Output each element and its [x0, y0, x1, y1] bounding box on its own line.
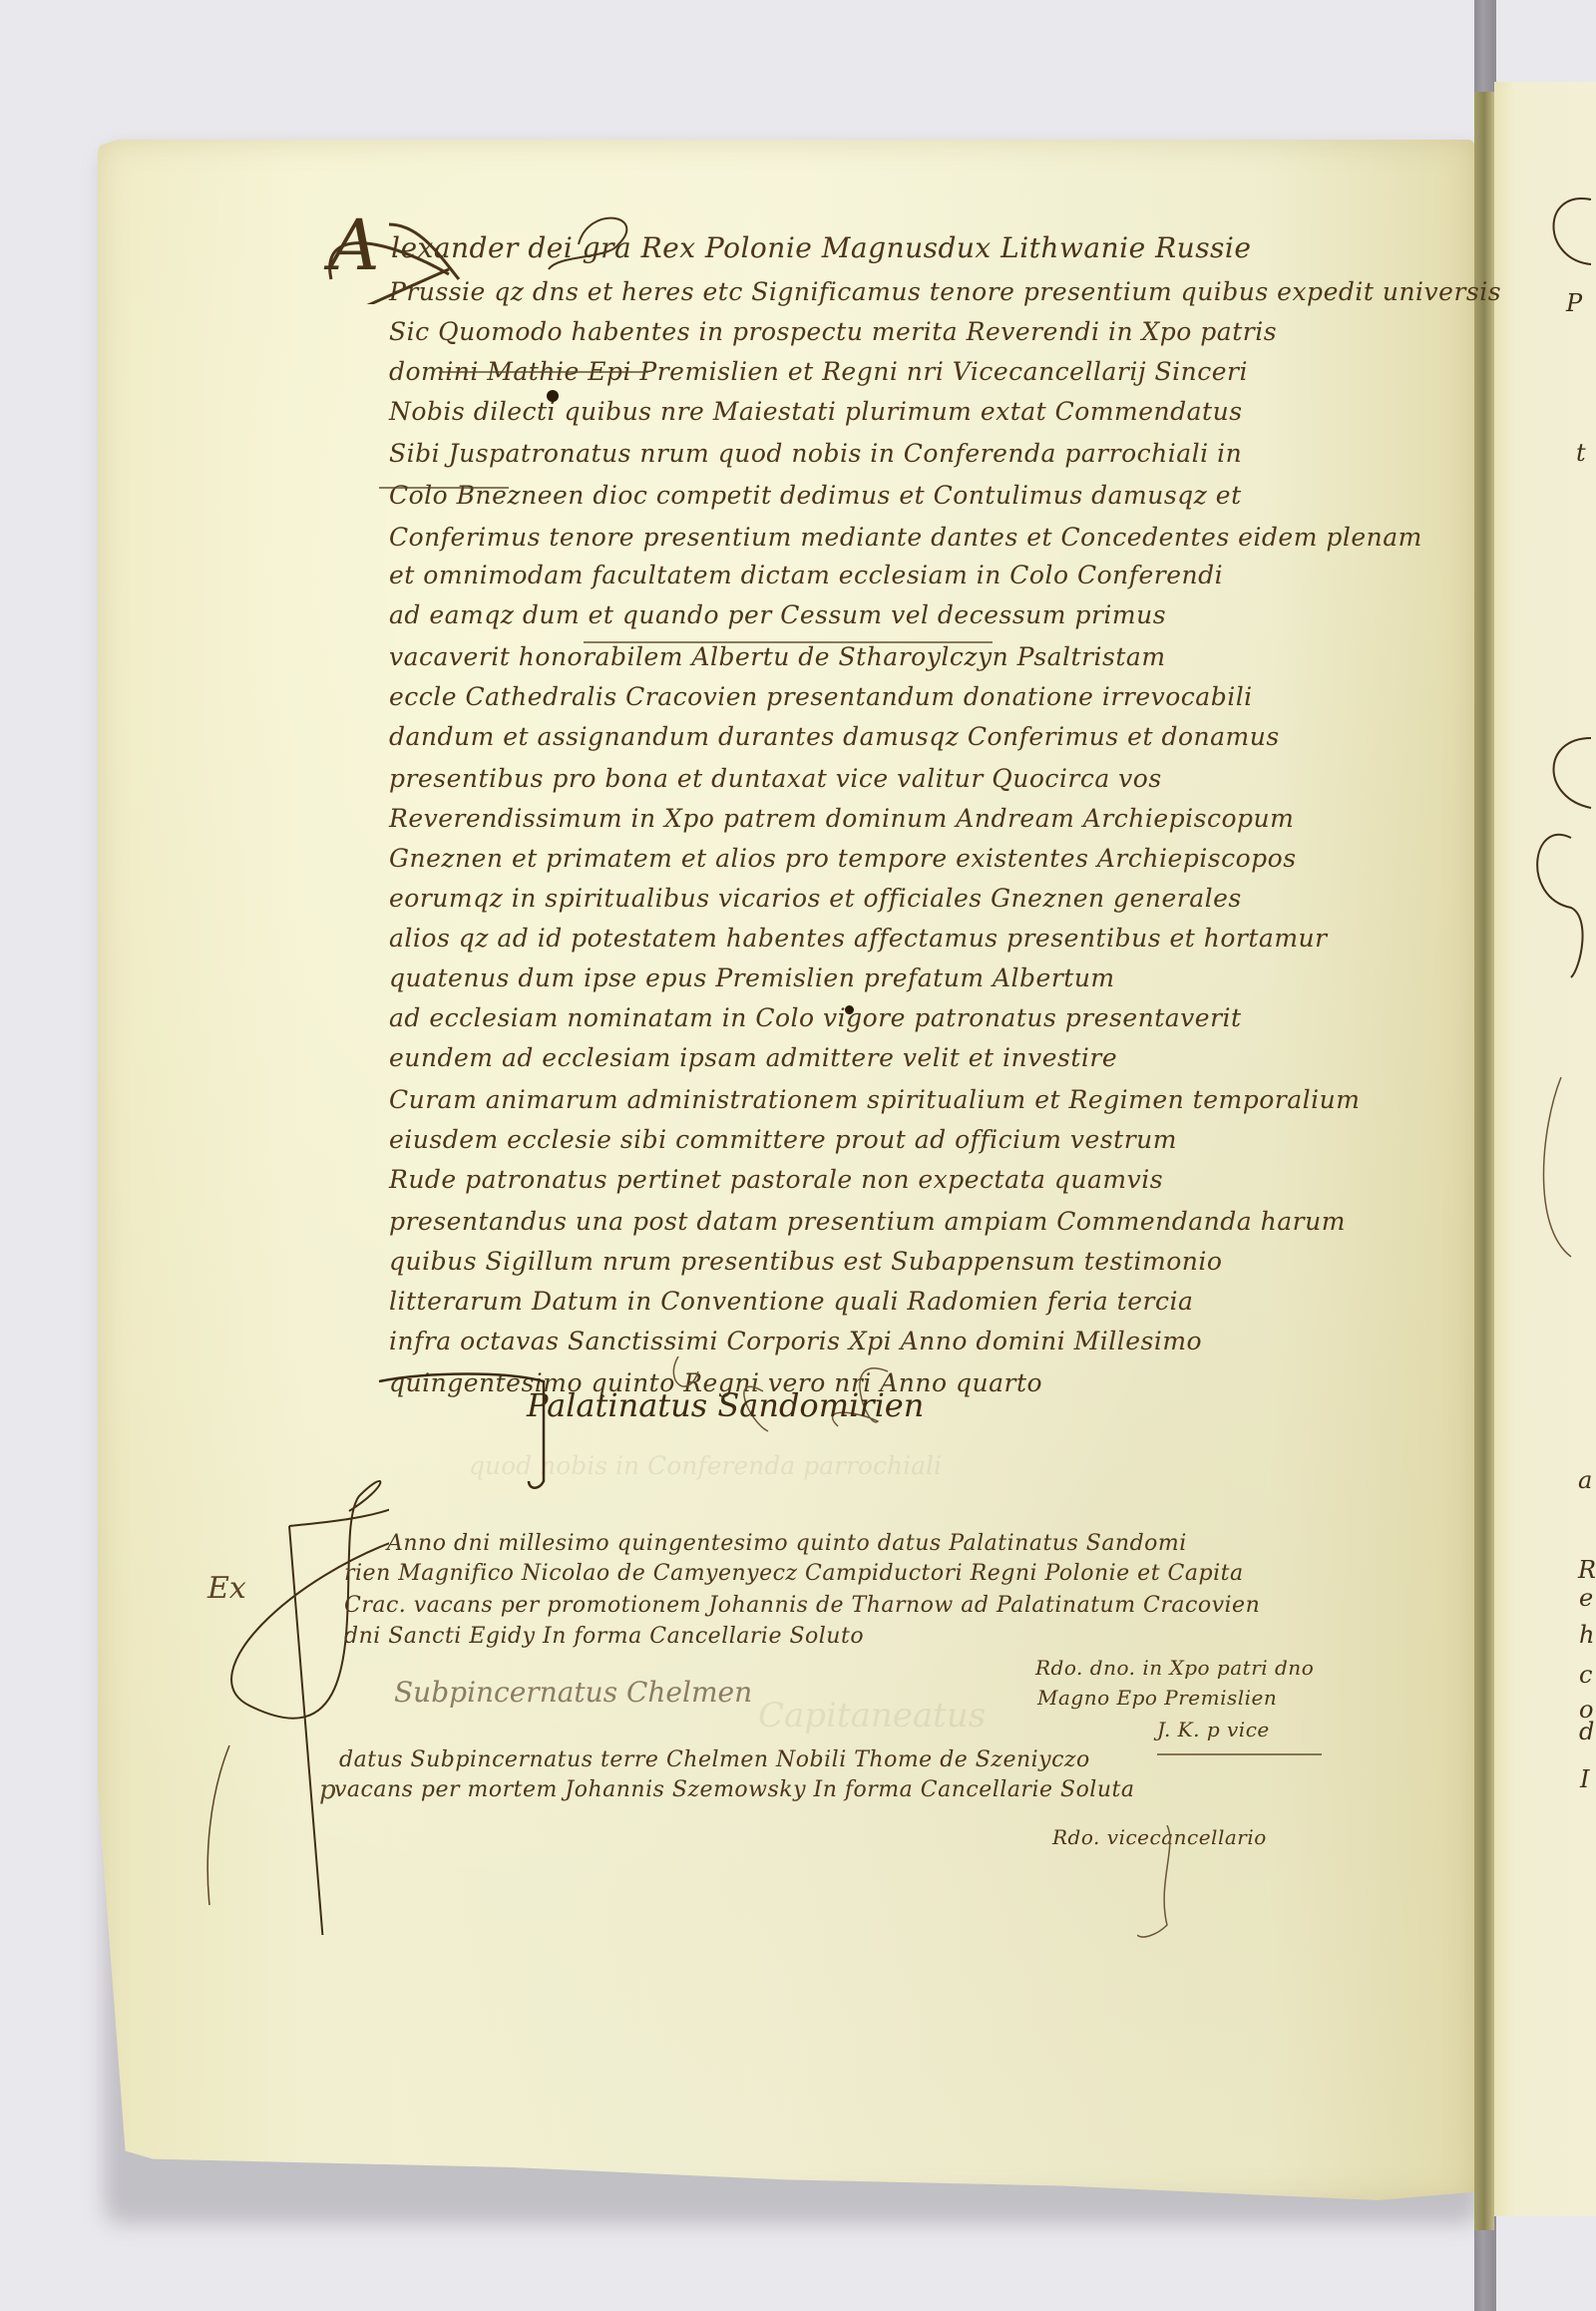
text-line: dandum et assignandum durantes damusqz C…: [389, 722, 1280, 751]
text-line: Conferimus tenore presentium mediante da…: [389, 523, 1422, 552]
ink-blot: [845, 1005, 854, 1014]
facing-page-glyph: t: [1576, 439, 1586, 467]
text-line: quibus Sigillum nrum presentibus est Sub…: [389, 1247, 1222, 1276]
entry-line: datus Subpincernatus terre Chelmen Nobil…: [339, 1747, 1090, 1772]
text-line: et omnimodam facultatem dictam ecclesiam…: [389, 561, 1223, 589]
sub-heading: Subpincernatus Chelmen: [394, 1676, 752, 1709]
text-line: quatenus dum ipse epus Premislien prefat…: [389, 963, 1115, 992]
side-note-line: Magno Epo Premislien: [1037, 1686, 1277, 1710]
entry-line: dni Sancti Egidy In forma Cancellarie So…: [344, 1624, 864, 1649]
facing-page-glyph: e: [1579, 1584, 1593, 1612]
facing-page-glyph: P: [1566, 289, 1582, 317]
margin-flourish-icon: [190, 1476, 389, 1935]
text-line: Prussie qz dns et heres etc Significamus…: [389, 277, 1501, 306]
text-line: alios qz ad id potestatem habentes affec…: [389, 924, 1328, 953]
text-line: ad eamqz dum et quando per Cessum vel de…: [389, 600, 1166, 629]
text-line: Reverendissimum in Xpo patrem dominum An…: [389, 804, 1294, 833]
facing-page-glyph: d: [1579, 1718, 1594, 1745]
facing-page-glyph: h: [1579, 1621, 1594, 1649]
ink-blot: [547, 390, 559, 402]
facing-page-glyph: I: [1580, 1765, 1589, 1793]
bleed-through-text: Capitaneatus: [758, 1696, 986, 1735]
text-line: Sibi Juspatronatus nrum quod nobis in Co…: [389, 439, 1242, 468]
entry-line: vacans per mortem Johannis Szemowsky In …: [334, 1777, 1134, 1802]
side-note-line: Rdo. dno. in Xpo patri dno: [1035, 1656, 1314, 1680]
text-line: Curam animarum administrationem spiritua…: [389, 1085, 1360, 1114]
text-line: Gneznen et primatem et alios pro tempore…: [389, 844, 1297, 873]
text-line: presentandus una post datam presentium a…: [389, 1207, 1346, 1236]
text-line: ad ecclesiam nominatam in Colo vigore pa…: [389, 1003, 1242, 1032]
entry-line: Anno dni millesimo quingentesimo quinto …: [387, 1531, 1187, 1556]
text-line: Sic Quomodo habentes in prospectu merita…: [389, 317, 1277, 346]
underline-mark: [379, 487, 509, 489]
facing-page-glyph: c: [1579, 1661, 1592, 1689]
facing-page-glyph: R: [1578, 1556, 1596, 1584]
text-line: eccle Cathedralis Cracovien presentandum…: [389, 682, 1253, 711]
text-line: Nobis dilecti quibus nre Maiestati pluri…: [389, 397, 1243, 426]
facing-page-flourish-icon: [1501, 180, 1596, 1277]
underline-mark: [1157, 1753, 1322, 1755]
entry-line: Crac. vacans per promotionem Johannis de…: [344, 1593, 1260, 1618]
text-line: eorumqz in spiritualibus vicarios et off…: [389, 884, 1242, 913]
side-note-line: J. K. p vice: [1157, 1718, 1270, 1741]
underline-mark: [439, 371, 648, 373]
text-line: vacaverit honorabilem Albertu de Stharoy…: [389, 642, 1166, 671]
text-line: eundem ad ecclesiam ipsam admittere veli…: [389, 1043, 1117, 1072]
underline-mark: [584, 641, 993, 643]
text-line: Rude patronatus pertinet pastorale non e…: [389, 1165, 1163, 1194]
entry-line: rien Magnifico Nicolao de Camyenyecz Cam…: [344, 1561, 1244, 1586]
decorated-initial: A: [329, 204, 380, 286]
text-line: litterarum Datum in Conventione quali Ra…: [389, 1287, 1193, 1316]
text-line: presentibus pro bona et duntaxat vice va…: [389, 764, 1162, 793]
text-line: eiusdem ecclesie sibi committere prout a…: [389, 1125, 1177, 1154]
section-heading: Palatinatus Sandomirien: [527, 1386, 924, 1424]
margin-note-ex: Ex: [207, 1571, 246, 1606]
binding-gutter: [1474, 92, 1494, 2230]
closing-flourish-icon: [1137, 1825, 1197, 1945]
facing-page-glyph: a: [1578, 1466, 1592, 1494]
text-line: lexander dei gra Rex Polonie Magnusdux L…: [391, 231, 1251, 264]
text-line: Colo Bnezneen dioc competit dedimus et C…: [389, 481, 1242, 510]
